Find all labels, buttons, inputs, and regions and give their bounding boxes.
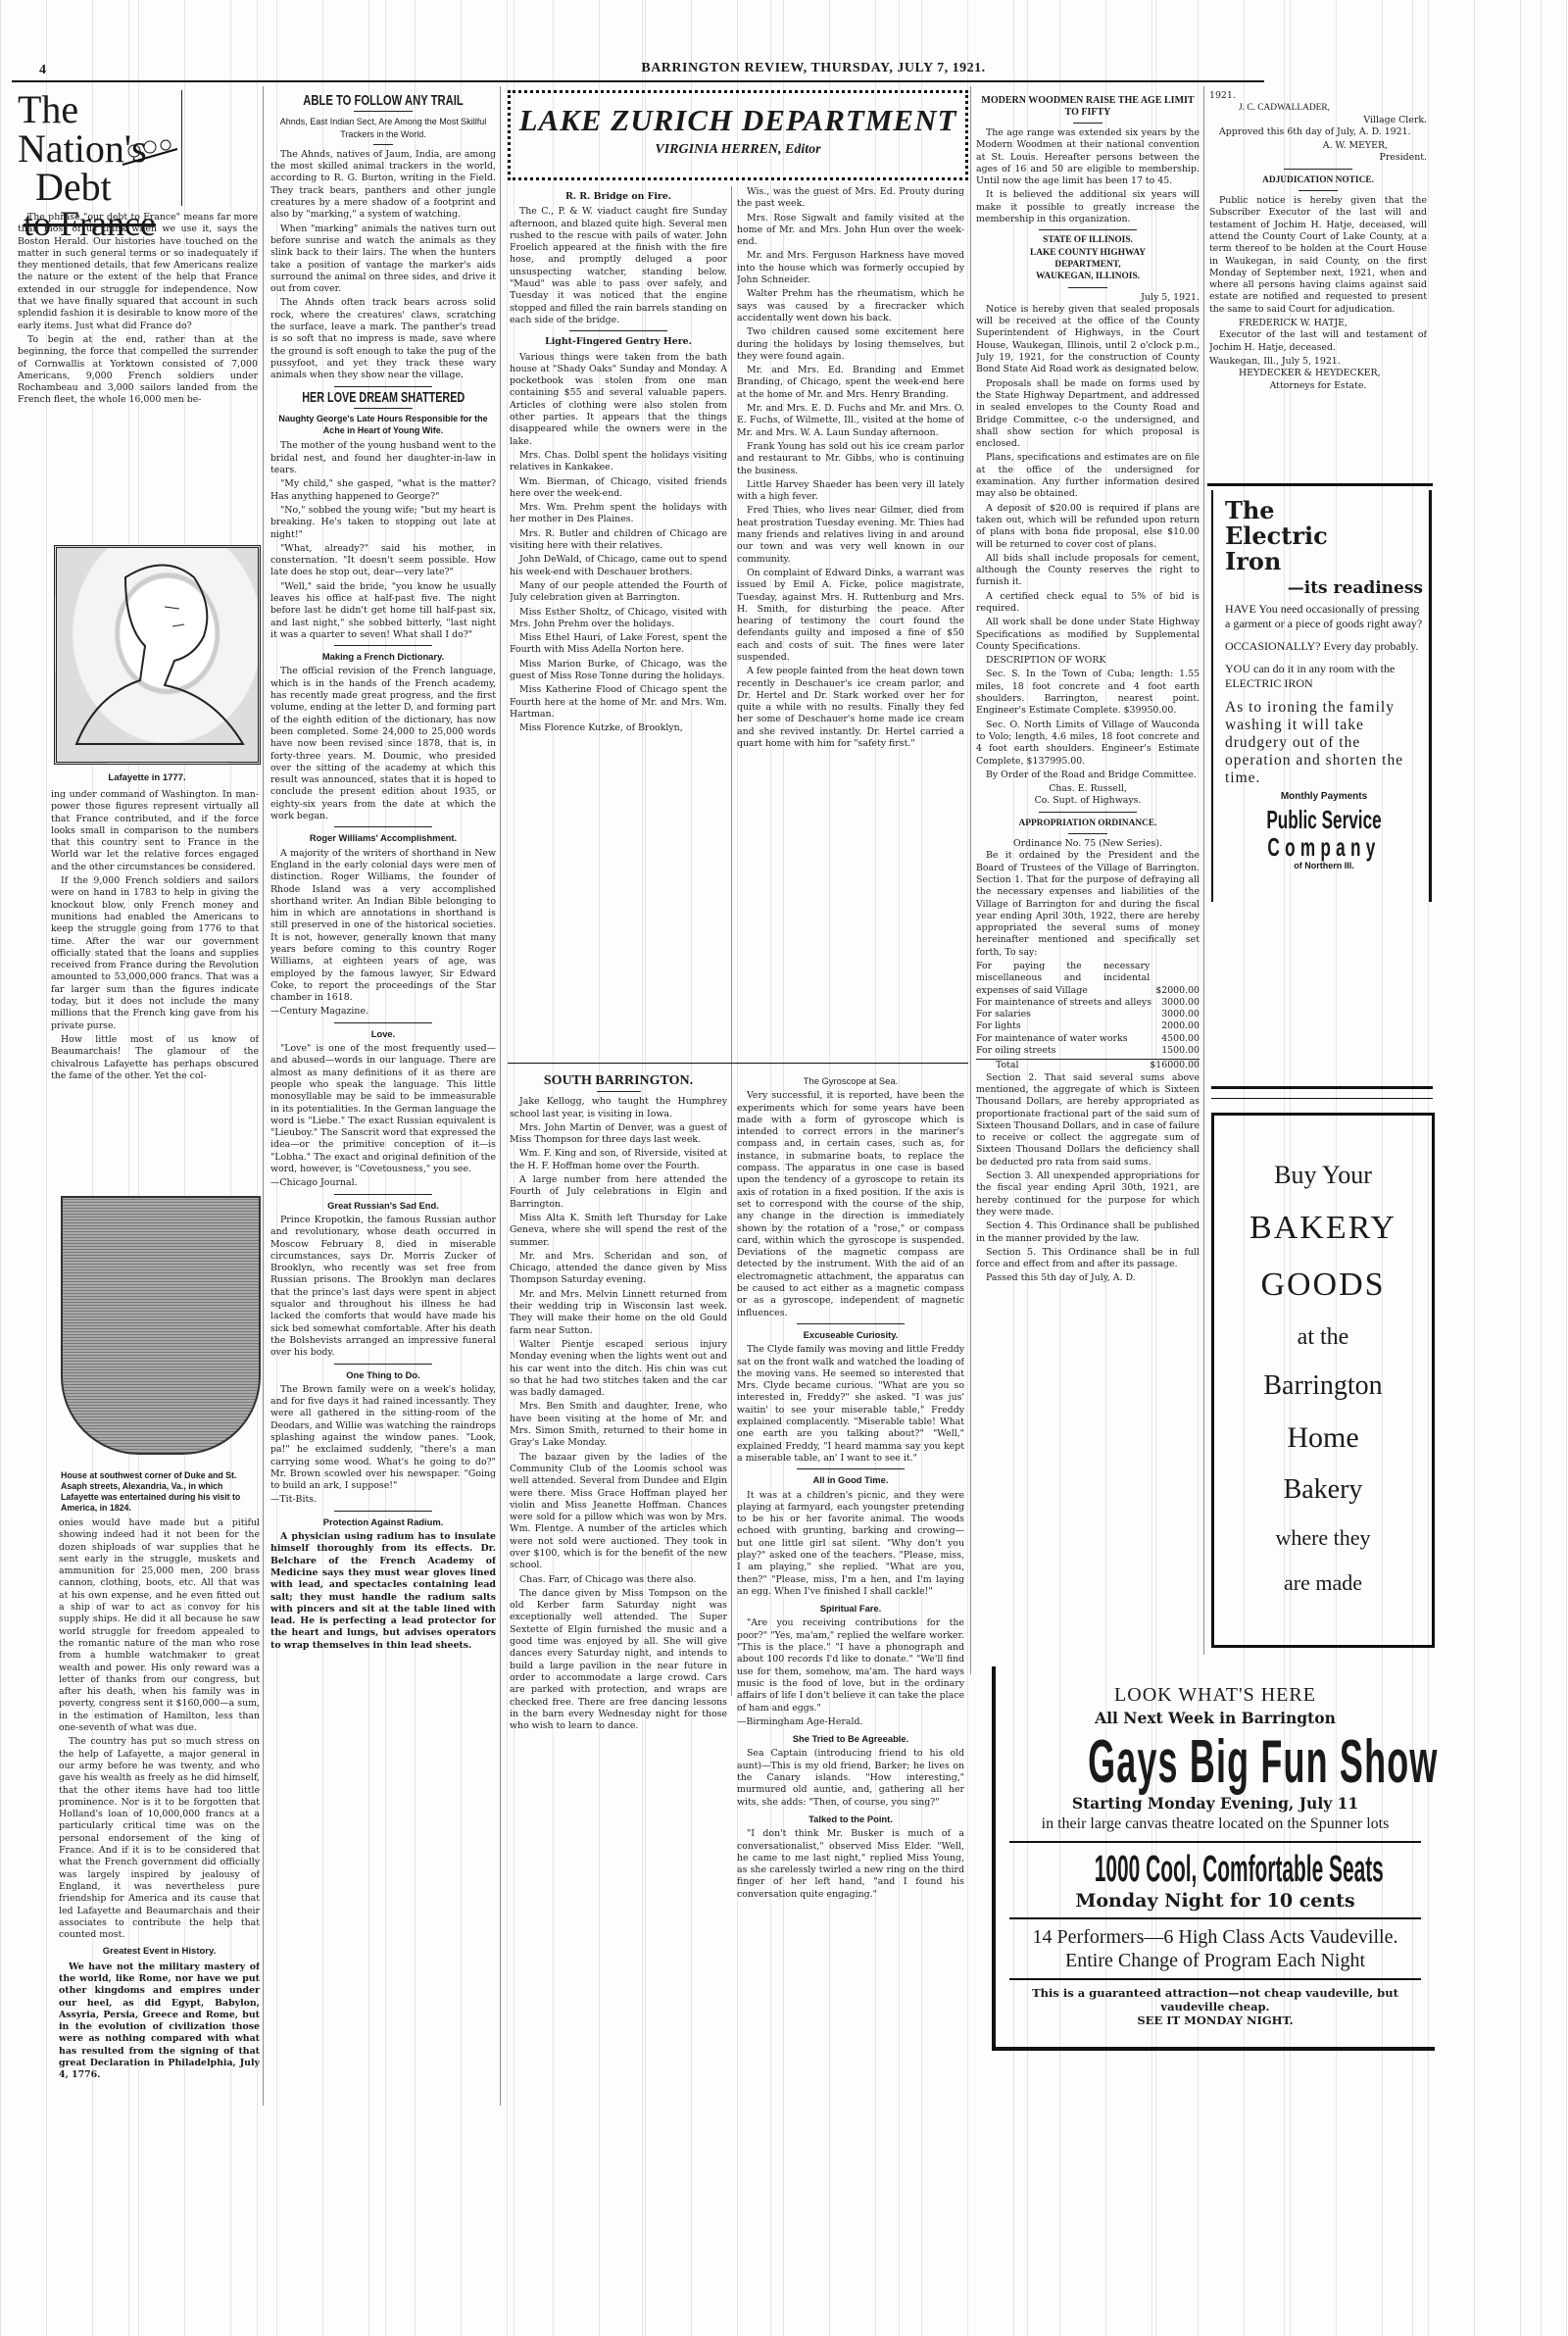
- curiosity-heading: Excuseable Curiosity.: [737, 1329, 964, 1341]
- spiritual-heading: Spiritual Fare.: [737, 1603, 964, 1615]
- ad-iron-company-1: Public Service: [1258, 806, 1389, 833]
- show-title: Gays Big Fun Show: [1088, 1731, 1343, 1794]
- appropriation-amount: 2000.00: [1155, 1020, 1200, 1032]
- column-divider: [1203, 86, 1204, 1655]
- highway-date: July 5, 1921.: [976, 292, 1200, 304]
- paragraph: "My child," she gasped, "what is the mat…: [270, 478, 496, 503]
- approved-text: Approved this 6th day of July, A. D. 192…: [1209, 126, 1427, 138]
- portrait-icon: [57, 548, 258, 762]
- lake-zurich-title: LAKE ZURICH DEPARTMENT: [511, 103, 965, 138]
- total-label: Total: [976, 1060, 1019, 1071]
- executor-name: FREDERICK W. HATJE,: [1209, 318, 1427, 329]
- appropriation-row: For salaries3000.00: [976, 1009, 1200, 1020]
- highway-paragraph: By Order of the Road and Bridge Committe…: [976, 770, 1200, 781]
- highway-paragraph: Sec. S. In the Town of Cuba; length: 1.5…: [976, 669, 1200, 717]
- paragraph: "Are you receiving contributions for the…: [737, 1617, 964, 1714]
- nations-debt-title-2: Debt: [35, 169, 181, 206]
- show-acts: 14 Performers—6 High Class Acts Vaudevil…: [996, 1925, 1435, 1972]
- paragraph: If the 9,000 French soldiers and sailors…: [51, 875, 259, 1032]
- highway-paragraph: DESCRIPTION OF WORK: [976, 655, 1200, 667]
- news-item: Many of our people attended the Fourth o…: [510, 580, 727, 605]
- news-item: Various things were taken from the bath …: [510, 352, 727, 448]
- ordinance-intro: Be it ordained by the President and the …: [976, 850, 1200, 959]
- place-date: Waukegan, Ill., July 5, 1921.: [1209, 356, 1427, 368]
- news-item: Miss Marion Burke, of Chicago, was the g…: [510, 659, 727, 683]
- portrait-caption: Lafayette in 1777.: [39, 772, 255, 783]
- show-guarantee: This is a guaranteed attraction—not chea…: [996, 1986, 1435, 2013]
- bakery-line: Buy Your: [1214, 1151, 1432, 1200]
- paragraph: "I don't think Mr. Busker is much of a c…: [737, 1828, 964, 1901]
- bakery-line: Bakery: [1214, 1465, 1432, 1516]
- lafayette-portrait: [54, 545, 261, 765]
- adjudication-text: Public notice is hereby given that the S…: [1209, 195, 1427, 316]
- ad-iron-p1: HAVE You need occasionally of pressing a…: [1225, 602, 1423, 631]
- attorneys: HEYDECKER & HEYDECKER,: [1209, 368, 1427, 379]
- paragraph: Very successful, it is reported, have be…: [737, 1090, 964, 1319]
- masthead: BARRINGTON REVIEW, THURSDAY, JULY 7, 192…: [510, 61, 1117, 76]
- source: —Birmingham Age-Herald.: [737, 1716, 964, 1728]
- highway-paragraph: A deposit of $20.00 is required if plans…: [976, 503, 1200, 551]
- woodmen-heading: MODERN WOODMEN RAISE THE AGE LIMIT TO FI…: [976, 95, 1200, 119]
- news-item: Mr. and Mrs. Ferguson Harkness have move…: [737, 250, 964, 286]
- paragraph: When "marking" animals the natives turn …: [270, 224, 496, 296]
- executor-desc: Executor of the last will and testament …: [1209, 329, 1427, 354]
- paragraph: "Well," said the bride, "you know he usu…: [270, 581, 496, 641]
- bakery-line: where they: [1214, 1516, 1432, 1561]
- bakery-line: are made: [1214, 1561, 1432, 1606]
- column-6-notices: 1921. J. C. CADWALLADER, Village Clerk. …: [1209, 90, 1427, 392]
- greatest-event-text: We have not the military mastery of the …: [59, 1962, 260, 2082]
- ad-iron-tagline: —its readiness: [1225, 578, 1423, 598]
- ordinance-total-row: Total $16000.00: [976, 1059, 1200, 1071]
- show-seats: 1000 Cool, Comfortable Seats: [1095, 1849, 1336, 1890]
- ordinance-section: Section 2. That said several sums above …: [976, 1072, 1200, 1168]
- paragraph: To begin at the end, rather than at the …: [18, 334, 258, 407]
- president-name: A. W. MEYER,: [1209, 140, 1427, 152]
- trail-heading: ABLE TO FOLLOW ANY TRAIL: [299, 95, 468, 107]
- source: —Century Magazine.: [270, 1006, 496, 1018]
- show-starting: Starting Monday Evening, July 11: [996, 1794, 1435, 1813]
- news-item: The C., P. & W. viaduct caught fire Sund…: [510, 206, 727, 326]
- section-rule: [508, 1063, 968, 1064]
- appropriation-amount: 1500.00: [1155, 1045, 1200, 1057]
- news-heading: Light-Fingered Gentry Here.: [510, 336, 727, 348]
- agreeable-heading: She Tried to Be Agreeable.: [737, 1733, 964, 1745]
- highway-signature-title: Co. Supt. of Highways.: [976, 795, 1200, 807]
- news-item: The bazaar given by the ladies of the Co…: [510, 1452, 727, 1572]
- attorneys-title: Attorneys for Estate.: [1209, 380, 1427, 392]
- news-item: Mr. and Mrs. Scheridan and son, of Chica…: [510, 1251, 727, 1287]
- news-heading: R. R. Bridge on Fire.: [510, 191, 727, 203]
- highway-heading-2: LAKE COUNTY HIGHWAY: [976, 247, 1200, 259]
- news-item: Miss Alta K. Smith left Thursday for Lak…: [510, 1213, 727, 1249]
- column-divider: [263, 86, 264, 2106]
- news-item: Wm. Bierman, of Chicago, visited friends…: [510, 476, 727, 501]
- highway-paragraph: Proposals shall be made on forms used by…: [976, 378, 1200, 451]
- news-item: Mr. and Mrs. E. D. Fuchs and Mr. and Mrs…: [737, 403, 964, 439]
- paragraph: It was at a children's picnic, and they …: [737, 1490, 964, 1599]
- column-divider: [731, 186, 732, 1696]
- source: —Chicago Journal.: [270, 1177, 496, 1189]
- column-2: ABLE TO FOLLOW ANY TRAIL Ahnds, East Ind…: [270, 90, 496, 2100]
- clerk-title: Village Clerk.: [1209, 115, 1427, 126]
- news-item: Miss Esther Sholtz, of Chicago, visited …: [510, 607, 727, 631]
- love-dream-heading: HER LOVE DREAM SHATTERED: [302, 392, 465, 404]
- nations-debt-end: onies would have made but a pitiful show…: [59, 1517, 260, 2084]
- bakery-line: Home: [1214, 1412, 1432, 1465]
- clerk-name: J. C. CADWALLADER,: [1209, 102, 1427, 114]
- paragraph: A physician using radium has to insulate…: [270, 1531, 496, 1652]
- good-time-heading: All in Good Time.: [737, 1474, 964, 1486]
- news-item: Little Harvey Shaeder has been very ill …: [737, 479, 964, 504]
- house-illustration: [61, 1196, 261, 1455]
- news-item: The dance given by Miss Tompson on the o…: [510, 1588, 727, 1733]
- column-4-misc: The Gyroscope at Sea. Very successful, i…: [737, 1070, 964, 2110]
- appropriation-row: For oiling streets1500.00: [976, 1045, 1200, 1057]
- news-item: Fred Thies, who lives near Gilmer, died …: [737, 505, 964, 565]
- show-cta: SEE IT MONDAY NIGHT.: [996, 2013, 1435, 2027]
- south-barrington: SOUTH BARRINGTON. Jake Kellogg, who taug…: [510, 1070, 727, 2110]
- news-item: Walter Pientje escaped serious injury Mo…: [510, 1339, 727, 1399]
- news-item: Mr. and Mrs. Ed. Branding and Emmet Bran…: [737, 365, 964, 401]
- trail-deck: Ahnds, East Indian Sect, Are Among the M…: [270, 116, 496, 140]
- appropriation-label: For paying the necessary miscellaneous a…: [976, 961, 1150, 997]
- show-when: All Next Week in Barrington: [996, 1709, 1435, 1727]
- section-rule: [1211, 1086, 1433, 1089]
- ordinance-section: Section 4. This Ordinance shall be publi…: [976, 1220, 1200, 1245]
- bakery-line: at the: [1214, 1314, 1432, 1361]
- news-item: Chas. Farr, of Chicago was there also.: [510, 1574, 727, 1586]
- ordinance-section: Section 3. All unexpended appropriations…: [976, 1170, 1200, 1218]
- highway-heading-1: STATE OF ILLINOIS.: [976, 234, 1200, 246]
- lake-zurich-editor: VIRGINIA HERREN, Editor: [511, 142, 965, 158]
- appropriation-amount: 3000.00: [1155, 997, 1200, 1009]
- highway-paragraph: Notice is hereby given that sealed propo…: [976, 304, 1200, 376]
- appropriation-amount: $2000.00: [1150, 985, 1200, 997]
- paragraph: The Ahnds, natives of Jaum, India, are a…: [270, 149, 496, 222]
- highway-paragraph: Sec. O. North Limits of Village of Wauco…: [976, 720, 1200, 768]
- greatest-event-heading: Greatest Event in History.: [59, 1946, 260, 1958]
- flowers-illustration-icon: [121, 137, 179, 167]
- news-item: Mrs. Chas. Dolbl spent the holidays visi…: [510, 450, 727, 474]
- news-item: Mrs. John Martin of Denver, was a guest …: [510, 1122, 727, 1147]
- news-item: Jake Kellogg, who taught the Humphrey sc…: [510, 1096, 727, 1120]
- one-thing-heading: One Thing to Do.: [270, 1369, 496, 1381]
- ad-iron-payments: Monthly Payments: [1225, 791, 1423, 802]
- paragraph: "No," sobbed the young wife; "but my hea…: [270, 505, 496, 541]
- south-barrington-title: SOUTH BARRINGTON.: [510, 1075, 727, 1087]
- fun-show-ad: LOOK WHAT'S HERE All Next Week in Barrin…: [992, 1666, 1435, 2051]
- paragraph: Prince Kropotkin, the famous Russian aut…: [270, 1215, 496, 1360]
- appropriation-amount: 3000.00: [1155, 1009, 1200, 1020]
- point-heading: Talked to the Point.: [737, 1814, 964, 1825]
- ad-iron-company-sub: of Northern Ill.: [1225, 861, 1423, 870]
- paragraph: Sea Captain (introducing friend to his o…: [737, 1748, 964, 1808]
- news-item: Frank Young has sold out his ice cream p…: [737, 441, 964, 477]
- paragraph: "Love" is one of the most frequently use…: [270, 1043, 496, 1175]
- column-5: MODERN WOODMEN RAISE THE AGE LIMIT TO FI…: [976, 90, 1200, 1666]
- highway-paragraph: A certified check equal to 5% of bid is …: [976, 591, 1200, 616]
- appropriation-row: For maintenance of streets and alleys300…: [976, 997, 1200, 1009]
- appropriation-label: For maintenance of streets and alleys: [976, 997, 1155, 1009]
- highway-heading-4: WAUKEGAN, ILLINOIS.: [976, 271, 1200, 282]
- news-item: Miss Ethel Hauri, of Lake Forest, spent …: [510, 632, 727, 657]
- ordinance-section: Section 5. This Ordinance shall be in fu…: [976, 1247, 1200, 1271]
- nations-debt-title-3: to France: [24, 206, 181, 241]
- appropriation-amount: 4500.00: [1155, 1033, 1200, 1045]
- news-item: Two children caused some excitement here…: [737, 326, 964, 363]
- paragraph: The Brown family were on a week's holida…: [270, 1384, 496, 1493]
- highway-paragraph: All work shall be done under State Highw…: [976, 617, 1200, 653]
- clerk-year: 1921.: [1209, 90, 1427, 102]
- appropriation-row: For paying the necessary miscellaneous a…: [976, 961, 1200, 997]
- appropriation-row: For lights2000.00: [976, 1020, 1200, 1032]
- lake-zurich-banner: LAKE ZURICH DEPARTMENT VIRGINIA HERREN, …: [508, 90, 968, 180]
- appropriation-label: For lights: [976, 1020, 1155, 1032]
- show-look: LOOK WHAT'S HERE: [996, 1684, 1435, 1707]
- nations-debt-continued: ing under command of Washington. In man-…: [51, 789, 259, 1084]
- ad-iron-title-1: The: [1225, 498, 1423, 523]
- paragraph: The official revision of the French lang…: [270, 666, 496, 822]
- lake-zurich-left: R. R. Bridge on Fire.The C., P. & W. via…: [510, 186, 727, 736]
- ordinance-heading: APPROPRIATION ORDINANCE.: [976, 818, 1200, 829]
- ad-iron-company-2: Company: [1258, 833, 1389, 861]
- bakery-line: BAKERY: [1214, 1200, 1432, 1257]
- bakery-line: GOODS: [1214, 1257, 1432, 1314]
- ad-iron-p4: As to ironing the family washing it will…: [1225, 699, 1423, 787]
- news-item: Mr. and Mrs. Melvin Linnett returned fro…: [510, 1289, 727, 1337]
- french-dictionary-heading: Making a French Dictionary.: [270, 651, 496, 663]
- paragraph: The Clyde family was moving and little F…: [737, 1344, 964, 1465]
- highway-paragraph: Plans, specifications and estimates are …: [976, 452, 1200, 500]
- adjudication-heading: ADJUDICATION NOTICE.: [1209, 174, 1427, 186]
- news-item: Miss Florence Kutzke, of Brooklyn,: [510, 722, 727, 734]
- bakery-ad: Buy YourBAKERYGOODSat theBarringtonHomeB…: [1211, 1113, 1435, 1648]
- nations-debt-article: The Nation's Debt to France The phrase "…: [18, 90, 258, 409]
- love-dream-deck: Naughty George's Late Hours Responsible …: [270, 413, 496, 437]
- ad-iron-title-3: Iron: [1225, 549, 1423, 574]
- page-number: 4: [39, 63, 47, 78]
- paragraph: It is believed the additional six years …: [976, 189, 1200, 225]
- electric-iron-ad: The Electric Iron —its readiness HAVE Yo…: [1211, 490, 1432, 902]
- president-title: President.: [1209, 152, 1427, 164]
- show-location: in their large canvas theatre located on…: [996, 1813, 1435, 1835]
- highway-signature: Chas. E. Russell,: [976, 783, 1200, 795]
- section-rule: [1207, 483, 1433, 486]
- appropriation-label: For oiling streets: [976, 1045, 1155, 1057]
- news-item: Wm. F. King and son, of Riverside, visit…: [510, 1148, 727, 1172]
- paragraph: The mother of the young husband went to …: [270, 440, 496, 476]
- news-item: A few people fainted from the heat down …: [737, 666, 964, 750]
- news-item: Miss Katherine Flood of Chicago spent th…: [510, 684, 727, 721]
- appropriation-label: For maintenance of water works: [976, 1033, 1155, 1045]
- news-item: Mrs. Rose Sigwalt and family visited at …: [737, 213, 964, 249]
- news-item: On complaint of Edward Dinks, a warrant …: [737, 568, 964, 664]
- radium-heading: Protection Against Radium.: [270, 1516, 496, 1528]
- paragraph: The age range was extended six years by …: [976, 127, 1200, 187]
- show-price: Monday Night for 10 cents: [996, 1890, 1435, 1912]
- header-rule: [12, 80, 1264, 82]
- news-item: Mrs. Ben Smith and daughter, Irene, who …: [510, 1401, 727, 1449]
- appropriation-table: For paying the necessary miscellaneous a…: [976, 961, 1200, 1057]
- appropriation-label: For salaries: [976, 1009, 1155, 1020]
- paragraph: How little most of us know of Beaumarcha…: [51, 1034, 259, 1082]
- news-item: Mrs. Wm. Prehm spent the holidays with h…: [510, 502, 727, 526]
- paragraph: A majority of the writers of shorthand i…: [270, 848, 496, 1005]
- ad-iron-p3: YOU can do it in any room with the ELECT…: [1225, 662, 1423, 691]
- news-item: Wis., was the guest of Mrs. Ed. Prouty d…: [737, 186, 964, 211]
- bakery-line: Barrington: [1214, 1361, 1432, 1412]
- house-caption: House at southwest corner of Duke and St…: [61, 1470, 257, 1514]
- paragraph: "What, already?" said his mother, in con…: [270, 543, 496, 579]
- ad-iron-p2: OCCASIONALLY? Every day probably.: [1225, 639, 1423, 654]
- roger-williams-heading: Roger Williams' Accomplishment.: [270, 832, 496, 844]
- news-item: John DeWald, of Chicago, came out to spe…: [510, 554, 727, 578]
- paragraph: onies would have made but a pitiful show…: [59, 1517, 260, 1734]
- ordinance-number: Ordinance No. 75 (New Series).: [976, 838, 1200, 850]
- russian-heading: Great Russian's Sad End.: [270, 1200, 496, 1212]
- ad-iron-title-2: Electric: [1225, 523, 1423, 549]
- ordinance-section: Passed this 5th day of July, A. D.: [976, 1272, 1200, 1284]
- highway-heading-3: DEPARTMENT,: [976, 259, 1200, 271]
- lake-zurich-right: Wis., was the guest of Mrs. Ed. Prouty d…: [737, 186, 964, 752]
- total-amount: $16000.00: [1150, 1060, 1200, 1071]
- column-divider: [500, 86, 501, 2106]
- source: —Tit-Bits.: [270, 1494, 496, 1506]
- news-item: A large number from here attended the Fo…: [510, 1174, 727, 1211]
- column-divider: [970, 86, 971, 1674]
- appropriation-row: For maintenance of water works4500.00: [976, 1033, 1200, 1045]
- gyroscope-heading: The Gyroscope at Sea.: [737, 1075, 964, 1087]
- news-item: Mrs. R. Butler and children of Chicago a…: [510, 528, 727, 553]
- section-rule: [1211, 1098, 1433, 1099]
- paragraph: ing under command of Washington. In man-…: [51, 789, 259, 873]
- highway-paragraph: All bids shall include proposals for cem…: [976, 553, 1200, 589]
- paragraph: The Ahnds often track bears across solid…: [270, 297, 496, 381]
- paragraph: The country has put so much stress on th…: [59, 1736, 260, 1941]
- news-item: Walter Prehm has the rheumatism, which h…: [737, 288, 964, 324]
- love-heading: Love.: [270, 1028, 496, 1040]
